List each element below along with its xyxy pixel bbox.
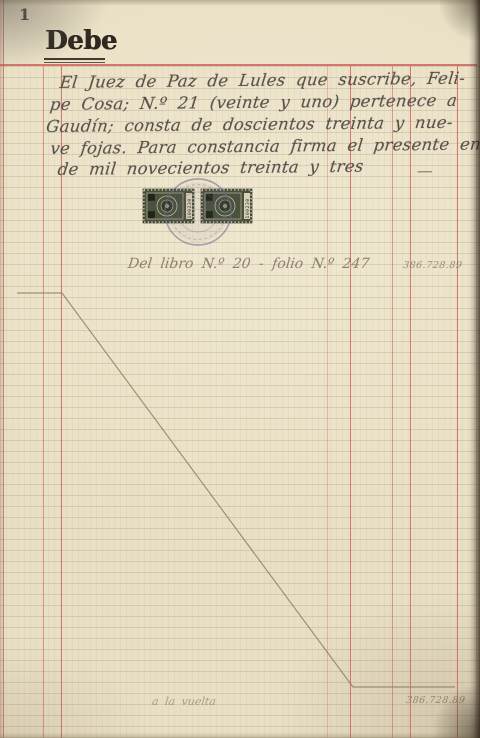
book-binding-edge — [469, 0, 480, 738]
revenue-stamps-group: 100230 100230 — [134, 171, 264, 256]
reference-note: Del libro N.º 20 - folio N.º 247 — [127, 256, 370, 272]
amount-carried-top: 386.728.89 — [402, 260, 463, 271]
page-edge-top — [0, 0, 480, 6]
ledger-page: 1 Debe El Juez de Paz de Lules que suscr… — [0, 0, 480, 738]
entry-line-4: ve fojas. Para constancia firma el prese… — [49, 134, 480, 158]
corner-shadow-top-left — [0, 0, 110, 70]
stamp-serial-right: 100230 — [245, 198, 251, 218]
carry-forward-note: a la vuelta — [151, 695, 217, 708]
entry-line-3: Gaudín; consta de doscientos treinta y n… — [45, 113, 454, 136]
cancellation-mark-icon — [165, 179, 231, 245]
entry-end-dash: — — [417, 161, 433, 180]
entry-line-2: pe Cosa; N.º 21 (veinte y uno) pertenece… — [49, 91, 458, 114]
page-edge-bottom — [0, 732, 480, 738]
entry-line-1: El Juez de Paz de Lules que suscribe, Fe… — [59, 69, 467, 92]
page-edge-left — [0, 0, 4, 738]
